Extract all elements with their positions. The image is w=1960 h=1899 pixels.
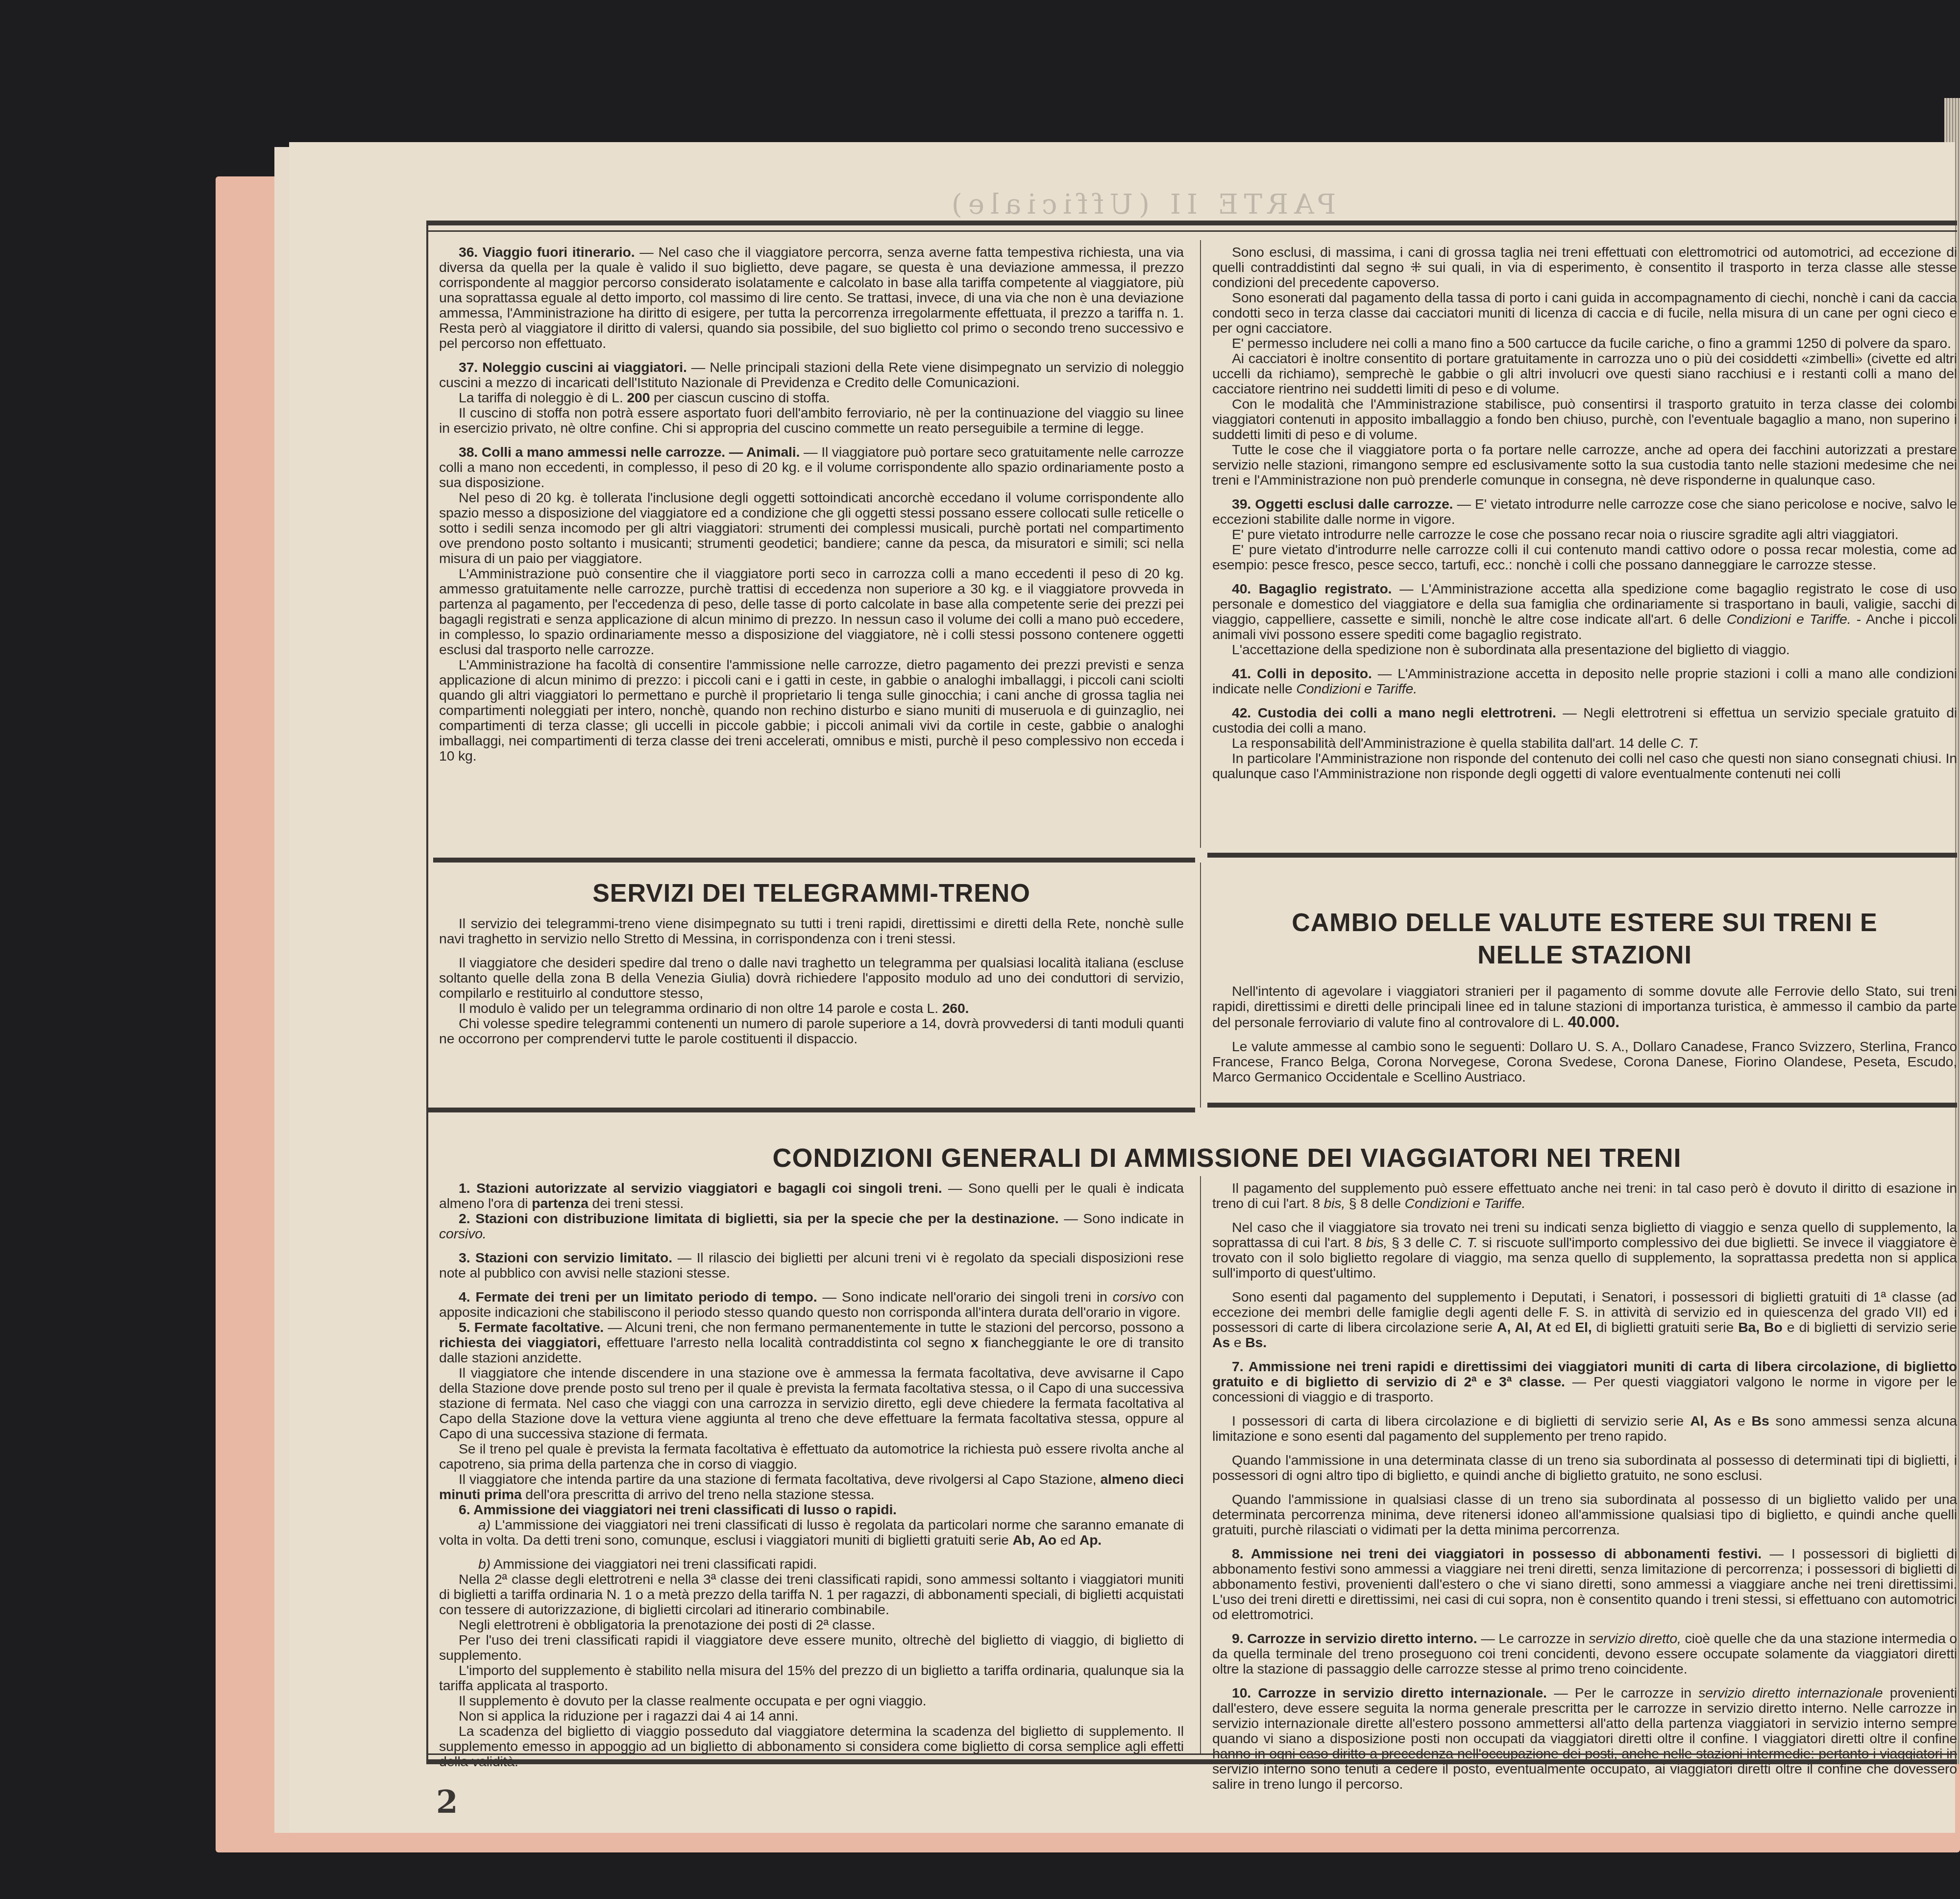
article-38-p2: Nel peso di 20 kg. è tollerata l'inclusi… bbox=[439, 491, 1184, 567]
guide-dogs-paragraph: Sono esonerati dal pagamento della tassa… bbox=[1212, 291, 1957, 336]
telegrammi-p3: Il modulo è valido per un telegramma ord… bbox=[439, 1001, 1184, 1016]
article-40-p2: L'accettazione della spedizione non è su… bbox=[1212, 642, 1957, 658]
article-42-p2: La responsabilità dell'Amministrazione è… bbox=[1212, 736, 1957, 751]
cond-art-5: 5. Fermate facoltative. — Alcuni treni, … bbox=[439, 1320, 1184, 1366]
surcharge-paragraph: Nel caso che il viaggiatore sia trovato … bbox=[1212, 1220, 1957, 1281]
dogs-paragraph: Sono esclusi, di massima, i cani di gros… bbox=[1212, 245, 1957, 291]
cond-art-6: 6. Ammissione dei viaggiatori nei treni … bbox=[439, 1503, 1184, 1518]
telegrammi-p1: Il servizio dei telegrammi-treno viene d… bbox=[439, 916, 1184, 947]
telegrammi-section: SERVIZI DEI TELEGRAMMI-TRENO Il servizio… bbox=[439, 877, 1184, 1047]
article-37-tariff: La tariffa di noleggio è di L. 200 per c… bbox=[439, 391, 1184, 406]
telegrammi-title: SERVIZI DEI TELEGRAMMI-TRENO bbox=[439, 877, 1184, 910]
cond-art-10: 10. Carrozze in servizio diretto interna… bbox=[1212, 1686, 1957, 1792]
bottom-rule bbox=[428, 1759, 1957, 1764]
article-42-p3: In particolare l'Amministrazione non ris… bbox=[1212, 751, 1957, 782]
cond-art-3: 3. Stazioni con servizio limitato. — Il … bbox=[439, 1251, 1184, 1281]
cond-art-7-p4: Quando l'ammissione in qualsiasi classe … bbox=[1212, 1492, 1957, 1538]
cond-art-7-p2: I possessori di carta di libera circolaz… bbox=[1212, 1414, 1957, 1444]
article-38: 38. Colli a mano ammessi nelle carrozze.… bbox=[439, 445, 1184, 491]
article-37: 37. Noleggio cuscini ai viaggiatori. — N… bbox=[439, 360, 1184, 391]
cambio-p2: Le valute ammesse al cambio sono le segu… bbox=[1212, 1039, 1957, 1085]
rule-below-telegrammi bbox=[428, 1108, 1195, 1112]
cambio-p1: Nell'intento di agevolare i viaggiatori … bbox=[1212, 984, 1957, 1031]
cambio-section: CAMBIO DELLE VALUTE ESTERE SUI TRENI E N… bbox=[1212, 907, 1957, 1085]
cond-art-6-p2: Negli elettrotreni è obbligatoria la pre… bbox=[439, 1618, 1184, 1633]
cond-art-6-p4: L'importo del supplemento è stabilito ne… bbox=[439, 1663, 1184, 1694]
cond-art-7-p3: Quando l'ammissione in una determinata c… bbox=[1212, 1453, 1957, 1483]
cond-art-6-p3: Per l'uso dei treni classificati rapidi … bbox=[439, 1633, 1184, 1663]
rule-below-top-left bbox=[433, 858, 1195, 863]
cond-art-5-p4: Il viaggiatore che intenda partire da un… bbox=[439, 1472, 1184, 1503]
bottom-rule-thin bbox=[428, 1753, 1957, 1755]
cond-art-4: 4. Fermate dei treni per un limitato per… bbox=[439, 1290, 1184, 1320]
cond-art-1: 1. Stazioni autorizzate al servizio viag… bbox=[439, 1181, 1184, 1211]
cond-art-5-p3: Se il treno pel quale è prevista la ferm… bbox=[439, 1442, 1184, 1472]
article-37-p3: Il cuscino di stoffa non potrà essere as… bbox=[439, 406, 1184, 436]
telegrammi-p4: Chi volesse spedire telegrammi contenent… bbox=[439, 1016, 1184, 1047]
column-divider-middle bbox=[1200, 863, 1201, 1108]
condizioni-left-column: 1. Stazioni autorizzate al servizio viag… bbox=[439, 1181, 1184, 1770]
rule-below-top-right bbox=[1207, 853, 1957, 858]
cond-art-2: 2. Stazioni con distribuzione limitata d… bbox=[439, 1211, 1184, 1242]
document-page: PARTE II (Ufficiale) 36. Viaggio fuori i… bbox=[289, 142, 1955, 1833]
column-divider-bottom bbox=[1200, 1176, 1201, 1754]
cond-art-5-p2: Il viaggiatore che intende discendere in… bbox=[439, 1366, 1184, 1442]
top-right-column: Sono esclusi, di massima, i cani di gros… bbox=[1212, 245, 1957, 782]
top-left-column: 36. Viaggio fuori itinerario. — Nel caso… bbox=[439, 245, 1184, 764]
zimbelli-paragraph: Ai cacciatori è inoltre consentito di po… bbox=[1212, 351, 1957, 397]
cond-art-6-p5: Il supplemento è dovuto per la classe re… bbox=[439, 1694, 1184, 1709]
rule-below-cambio bbox=[1207, 1103, 1957, 1108]
article-39-p3: E' pure vietato d'introdurre nelle carro… bbox=[1212, 543, 1957, 573]
custody-paragraph: Tutte le cose che il viaggiatore porta o… bbox=[1212, 443, 1957, 488]
condizioni-title: CONDIZIONI GENERALI DI AMMISSIONE DEI VI… bbox=[428, 1142, 1957, 1174]
supplement-payment-paragraph: Il pagamento del supplemento può essere … bbox=[1212, 1181, 1957, 1211]
exemptions-paragraph: Sono esenti dal pagamento del supplement… bbox=[1212, 1290, 1957, 1351]
column-divider-top bbox=[1200, 240, 1201, 848]
cond-art-6-a: a) L'ammissione dei viaggiatori nei tren… bbox=[439, 1518, 1184, 1548]
telegrammi-p2: Il viaggiatore che desideri spedire dal … bbox=[439, 956, 1184, 1001]
article-36: 36. Viaggio fuori itinerario. — Nel caso… bbox=[439, 245, 1184, 351]
article-39-p2: E' pure vietato introdurre nelle carrozz… bbox=[1212, 527, 1957, 543]
article-41: 41. Colli in deposito. — L'Amministrazio… bbox=[1212, 666, 1957, 697]
cond-art-7: 7. Ammissione nei treni rapidi e diretti… bbox=[1212, 1359, 1957, 1405]
cond-art-8: 8. Ammissione nei treni dei viaggiatori … bbox=[1212, 1547, 1957, 1623]
article-38-p3: L'Amministrazione può consentire che il … bbox=[439, 567, 1184, 658]
cartridges-paragraph: E' permesso includere nei colli a mano f… bbox=[1212, 336, 1957, 351]
cambio-title: CAMBIO DELLE VALUTE ESTERE SUI TRENI E N… bbox=[1212, 907, 1957, 971]
pigeons-paragraph: Con le modalità che l'Amministrazione st… bbox=[1212, 397, 1957, 443]
condizioni-right-column: Il pagamento del supplemento può essere … bbox=[1212, 1181, 1957, 1792]
cond-art-6-p1: Nella 2ª classe degli elettrotreni e nel… bbox=[439, 1572, 1184, 1618]
article-38-p4: L'Amministrazione ha facoltà di consenti… bbox=[439, 658, 1184, 764]
running-head-showthrough: PARTE II (Ufficiale) bbox=[946, 189, 1336, 221]
article-39: 39. Oggetti esclusi dalle carrozze. — E'… bbox=[1212, 497, 1957, 527]
cond-art-6-p6: Non si applica la riduzione per i ragazz… bbox=[439, 1709, 1184, 1724]
content-frame: 36. Viaggio fuori itinerario. — Nel caso… bbox=[426, 221, 1957, 1764]
article-40: 40. Bagaglio registrato. — L'Amministraz… bbox=[1212, 582, 1957, 642]
top-rule bbox=[428, 221, 1957, 225]
cond-art-6-b: b) Ammissione dei viaggiatori nei treni … bbox=[439, 1557, 1184, 1572]
article-42: 42. Custodia dei colli a mano negli elet… bbox=[1212, 706, 1957, 736]
cond-art-9: 9. Carrozze in servizio diretto interno.… bbox=[1212, 1631, 1957, 1677]
page-number: 2 bbox=[436, 1784, 458, 1821]
top-rule-thin bbox=[428, 230, 1957, 232]
